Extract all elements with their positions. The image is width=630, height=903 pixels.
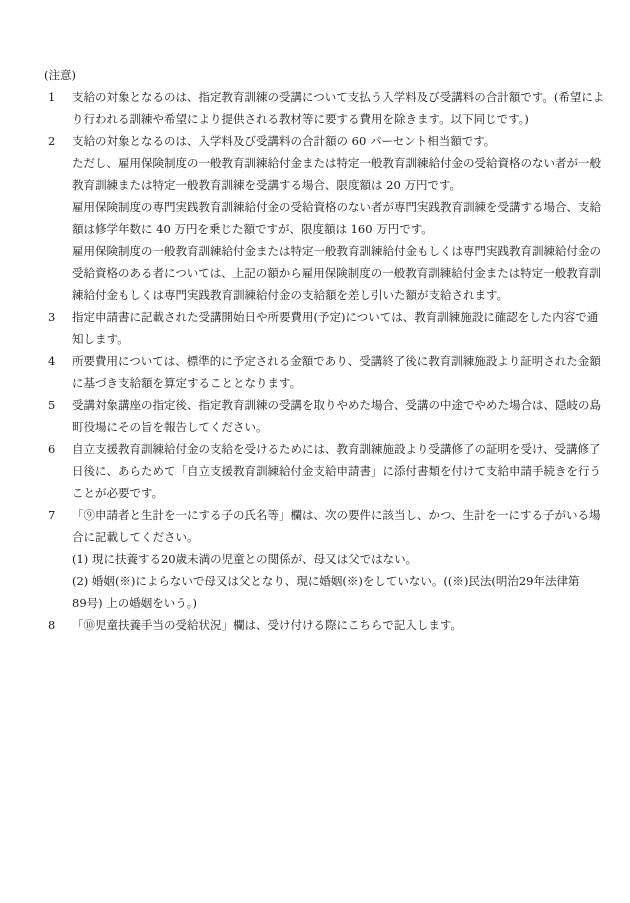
note-line: に基づき支給額を算定することとなります。 [72, 372, 604, 394]
note-line: 教育訓練または特定一般教育訓練を受講する場合、限度額は 20 万円です。 [72, 174, 604, 196]
note-item: 7「⑨申請者と生計を一にする子の氏名等」欄は、次の要件に該当し、かつ、生計を一に… [44, 504, 604, 614]
note-line: 支給の対象となるのは、入学料及び受講料の合計額の 60 パーセント相当額です。 [72, 130, 604, 152]
note-line: 練給付金もしくは専門実践教育訓練給付金の支給額を差し引いた額が支給されます。 [72, 284, 604, 306]
notes-section: (注意) 1支給の対象となるのは、指定教育訓練の受講について支払う入学料及び受講… [44, 64, 604, 636]
note-line: 額は修学年数に 40 万円を乗じた額ですが、限度額は 160 万円です。 [72, 218, 604, 240]
note-item: 2支給の対象となるのは、入学料及び受講料の合計額の 60 パーセント相当額です。… [44, 130, 604, 306]
note-line: 自立支援教育訓練給付金の支給を受けるためには、教育訓練施設より受講修了の証明を受… [72, 438, 604, 460]
note-line: 受講対象講座の指定後、指定教育訓練の受講を取りやめた場合、受講の中途でやめた場合… [72, 394, 604, 416]
notes-list: 1支給の対象となるのは、指定教育訓練の受講について支払う入学料及び受講料の合計額… [44, 86, 604, 636]
note-body: 支給の対象となるのは、入学料及び受講料の合計額の 60 パーセント相当額です。た… [72, 130, 604, 306]
note-item: 3指定申請書に記載された受講開始日や所要費用(予定)については、教育訓練施設に確… [44, 306, 604, 350]
note-line: 「⑩児童扶養手当の受給状況」欄は、受け付ける際にこちらで記入します。 [72, 614, 604, 636]
note-line: ただし、雇用保険制度の一般教育訓練給付金または特定一般教育訓練給付金の受給資格の… [72, 152, 604, 174]
notes-title: (注意) [44, 64, 604, 86]
note-item: 5受講対象講座の指定後、指定教育訓練の受講を取りやめた場合、受講の中途でやめた場… [44, 394, 604, 438]
note-line: 日後に、あらためて「自立支援教育訓練給付金支給申請書」に添付書類を付けて支給申請… [72, 460, 604, 482]
note-line: 知します。 [72, 328, 604, 350]
note-line: 支給の対象となるのは、指定教育訓練の受講について支払う入学料及び受講料の合計額で… [72, 86, 604, 108]
note-line: 町役場にその旨を報告してください。 [72, 416, 604, 438]
note-body: 自立支援教育訓練給付金の支給を受けるためには、教育訓練施設より受講修了の証明を受… [72, 438, 604, 504]
note-number: 4 [44, 350, 72, 372]
note-line: 89号) 上の婚姻をいう。) [72, 592, 604, 614]
document-page: (注意) 1支給の対象となるのは、指定教育訓練の受講について支払う入学料及び受講… [0, 0, 630, 903]
note-body: 「⑨申請者と生計を一にする子の氏名等」欄は、次の要件に該当し、かつ、生計を一にす… [72, 504, 604, 614]
note-body: 所要費用については、標準的に予定される金額であり、受講終了後に教育訓練施設より証… [72, 350, 604, 394]
note-body: 受講対象講座の指定後、指定教育訓練の受講を取りやめた場合、受講の中途でやめた場合… [72, 394, 604, 438]
note-item: 1支給の対象となるのは、指定教育訓練の受講について支払う入学料及び受講料の合計額… [44, 86, 604, 130]
note-line: 合に記載してください。 [72, 526, 604, 548]
note-number: 8 [44, 614, 72, 636]
note-item: 6自立支援教育訓練給付金の支給を受けるためには、教育訓練施設より受講修了の証明を… [44, 438, 604, 504]
note-line: ことが必要です。 [72, 482, 604, 504]
note-line: 雇用保険制度の専門実践教育訓練給付金の受給資格のない者が専門実践教育訓練を受講す… [72, 196, 604, 218]
note-line: 雇用保険制度の一般教育訓練給付金または特定一般教育訓練給付金もしくは専門実践教育… [72, 240, 604, 262]
note-line: 所要費用については、標準的に予定される金額であり、受講終了後に教育訓練施設より証… [72, 350, 604, 372]
note-number: 3 [44, 306, 72, 328]
note-body: 指定申請書に記載された受講開始日や所要費用(予定)については、教育訓練施設に確認… [72, 306, 604, 350]
note-body: 支給の対象となるのは、指定教育訓練の受講について支払う入学料及び受講料の合計額で… [72, 86, 604, 130]
note-number: 6 [44, 438, 72, 460]
note-line: (1) 現に扶養する20歳未満の児童との関係が、母又は父ではない。 [72, 548, 604, 570]
note-number: 1 [44, 86, 72, 108]
note-line: り行われる訓練や希望により提供される教材等に要する費用を除きます。以下同じです。… [72, 108, 604, 130]
note-number: 2 [44, 130, 72, 152]
note-number: 5 [44, 394, 72, 416]
note-line: 指定申請書に記載された受講開始日や所要費用(予定)については、教育訓練施設に確認… [72, 306, 604, 328]
note-number: 7 [44, 504, 72, 526]
note-item: 8「⑩児童扶養手当の受給状況」欄は、受け付ける際にこちらで記入します。 [44, 614, 604, 636]
note-line: (2) 婚姻(※)によらないで母又は父となり、現に婚姻(※)をしていない。((※… [72, 570, 604, 592]
note-body: 「⑩児童扶養手当の受給状況」欄は、受け付ける際にこちらで記入します。 [72, 614, 604, 636]
note-line: 「⑨申請者と生計を一にする子の氏名等」欄は、次の要件に該当し、かつ、生計を一にす… [72, 504, 604, 526]
note-item: 4所要費用については、標準的に予定される金額であり、受講終了後に教育訓練施設より… [44, 350, 604, 394]
note-line: 受給資格のある者については、上記の額から雇用保険制度の一般教育訓練給付金または特… [72, 262, 604, 284]
